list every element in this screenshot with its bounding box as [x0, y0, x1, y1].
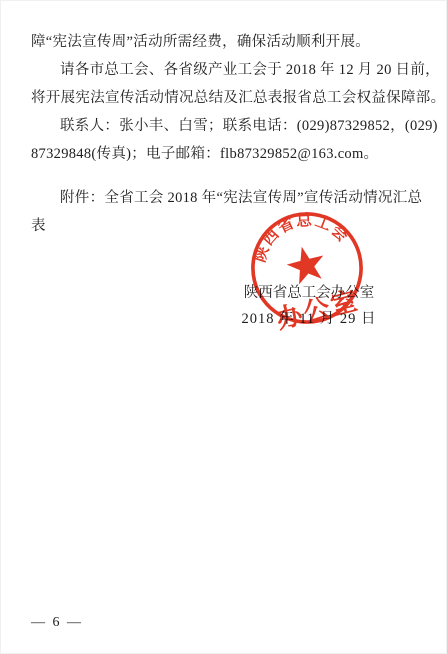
signature-organization: 陕西省总工会办公室 — [228, 285, 390, 301]
body-line-4: 联系人：张小丰、白雪；联系电话：(029)87329852，(029) — [31, 112, 423, 140]
body-line-2: 请各市总工会、各省级产业工会于 2018 年 12 月 20 日前， — [31, 56, 423, 84]
signature-date: 2018 年 11 月 29 日 — [228, 311, 390, 327]
page-number: — 6 — — [31, 615, 83, 631]
body-line-1: 障“宪法宣传周”活动所需经费，确保活动顺利开展。 — [31, 28, 423, 56]
attachment-line-1: 附件：全省工会 2018 年“宪法宣传周”宣传活动情况汇总 — [31, 184, 423, 212]
attachment-line-2: 表 — [31, 212, 423, 240]
body-line-5: 87329848(传真)；电子邮箱：flb87329852@163.com。 — [31, 140, 423, 168]
star-icon — [283, 242, 328, 286]
signature-block: 陕西省总工会办公室 2018 年 11 月 29 日 — [228, 285, 390, 327]
document-page: 障“宪法宣传周”活动所需经费，确保活动顺利开展。 请各市总工会、各省级产业工会于… — [0, 0, 447, 654]
attachment-note: 附件：全省工会 2018 年“宪法宣传周”宣传活动情况汇总 表 — [31, 184, 423, 240]
body-line-3: 将开展宪法宣传活动情况总结及汇总表报省总工会权益保障部。 — [31, 84, 423, 112]
body-text: 障“宪法宣传周”活动所需经费，确保活动顺利开展。 请各市总工会、各省级产业工会于… — [31, 28, 423, 240]
